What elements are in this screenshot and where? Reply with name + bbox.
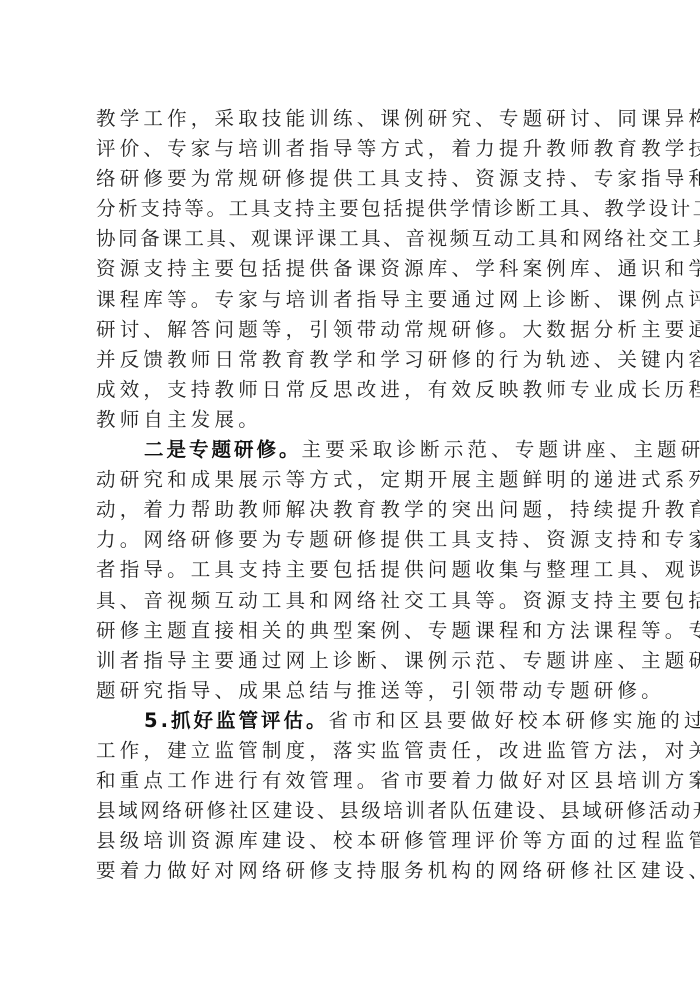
text-line: 县级培训资源库建设、校本研修管理评价等方面的过程监管。区县 (96, 826, 608, 856)
text-line: 要着力做好对网络研修支持服务机构的网络研修社区建设、培训课 (96, 856, 608, 886)
text-line: 研修主题直接相关的典型案例、专题课程和方法课程等。专家与培 (96, 616, 608, 646)
text-line: 具、音视频互动工具和网络社交工具等。资源支持主要包括提供与 (96, 586, 608, 616)
text-line: 教师自主发展。 (96, 405, 608, 435)
text-line: 工作，建立监管制度，落实监管责任，改进监管方法，对关键环节 (96, 736, 608, 766)
text-line: 动研究和成果展示等方式，定期开展主题鲜明的递进式系列研修活 (96, 465, 608, 495)
text-line: 动，着力帮助教师解决教育教学的突出问题，持续提升教育教学能 (96, 495, 608, 525)
section-heading-line: 5.抓好监管评估。省市和区县要做好校本研修实施的过程监管 (96, 706, 608, 736)
section-heading: 5.抓好监管评估。 (144, 709, 328, 732)
text-run: 省市和区县要做好校本研修实施的过程监管 (328, 709, 700, 732)
text-line: 县域网络研修社区建设、县级培训者队伍建设、县域研修活动开展、 (96, 796, 608, 826)
text-run: 主要采取诊断示范、专题讲座、主题研讨、行 (302, 438, 700, 461)
text-line: 者指导。工具支持主要包括提供问题收集与整理工具、观课评课工 (96, 555, 608, 585)
text-line: 研讨、解答问题等，引领带动常规研修。大数据分析主要通过记录 (96, 315, 608, 345)
section-heading-line: 二是专题研修。主要采取诊断示范、专题讲座、主题研讨、行 (96, 435, 608, 465)
document-page: 教学工作，采取技能训练、课例研究、专题研讨、同课异构、同行 评价、专家与培训者指… (96, 104, 608, 886)
text-line: 评价、专家与培训者指导等方式，着力提升教师教育教学技能。网 (96, 134, 608, 164)
text-line: 力。网络研修要为专题研修提供工具支持、资源支持和专家与培训 (96, 525, 608, 555)
text-line: 教学工作，采取技能训练、课例研究、专题研讨、同课异构、同行 (96, 104, 608, 134)
text-line: 资源支持主要包括提供备课资源库、学科案例库、通识和学科教学 (96, 254, 608, 284)
section-heading: 二是专题研修。 (144, 438, 302, 461)
text-line: 题研究指导、成果总结与推送等，引领带动专题研修。 (96, 676, 608, 706)
text-line: 训者指导主要通过网上诊断、课例示范、专题讲座、主题研讨、课 (96, 646, 608, 676)
text-line: 课程库等。专家与培训者指导主要通过网上诊断、课例点评、组织 (96, 285, 608, 315)
text-line: 络研修要为常规研修提供工具支持、资源支持、专家指导和大数据 (96, 164, 608, 194)
text-line: 协同备课工具、观课评课工具、音视频互动工具和网络社交工具等。 (96, 224, 608, 254)
text-line: 并反馈教师日常教育教学和学习研修的行为轨迹、关键内容及学习 (96, 345, 608, 375)
text-line: 成效，支持教师日常反思改进，有效反映教师专业成长历程，激励 (96, 375, 608, 405)
text-line: 和重点工作进行有效管理。省市要着力做好对区县培训方案落实、 (96, 766, 608, 796)
text-line: 分析支持等。工具支持主要包括提供学情诊断工具、教学设计工具、 (96, 194, 608, 224)
